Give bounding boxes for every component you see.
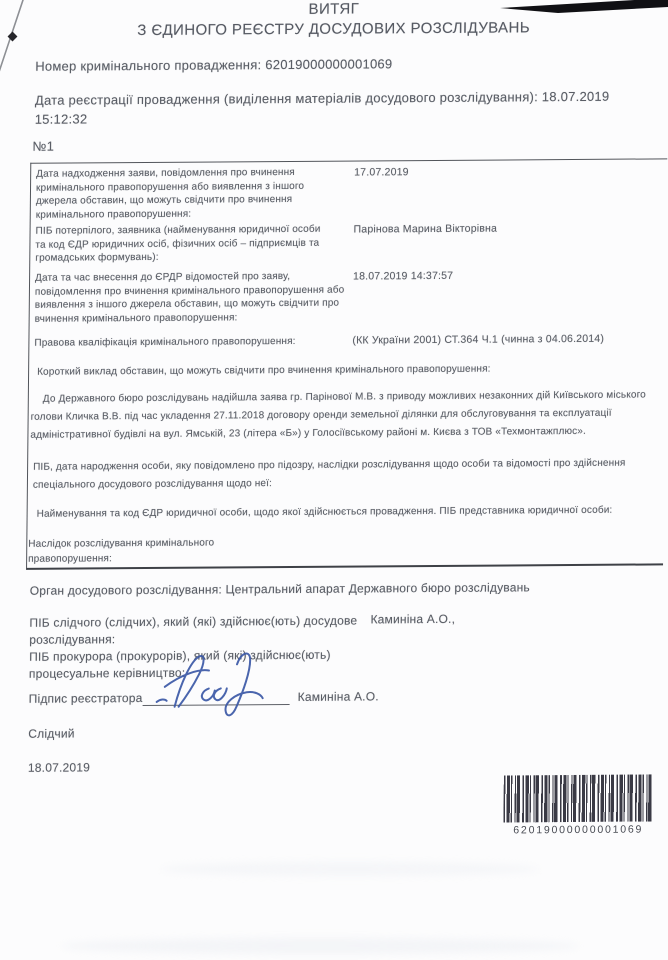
outcome-label: Наслідок розслідування кримінального пра…: [28, 535, 246, 567]
registrar-signature-label: Підпис реєстратора: [29, 691, 143, 706]
registrar-name: Каминіна А.О.: [298, 689, 379, 704]
row-value-received-date: 17.07.2019: [354, 166, 409, 178]
legal-entity-label: Найменування та код ЄДР юридичної особи,…: [37, 504, 662, 519]
authority-line: Орган досудового розслідування: Централь…: [30, 580, 530, 597]
investigator-name: Каминіна А.О.,: [370, 612, 455, 627]
barcode-number: 62019000000001069: [503, 823, 653, 836]
registrar-signature-ink: [150, 648, 301, 717]
erdr-table: Дата надходження заяви, повідомлення про…: [26, 158, 667, 569]
summary-heading: Короткий виклад обставин, що можуть свід…: [37, 362, 657, 377]
scan-smudge: [160, 862, 540, 876]
case-number-line: Номер кримінального провадження: 6201900…: [35, 56, 392, 73]
document-date: 18.07.2019: [28, 760, 90, 774]
scanned-document-page: ВИТЯГ З ЄДИНОГО РЕЄСТРУ ДОСУДОВИХ РОЗСЛІ…: [0, 0, 668, 960]
document-subtitle: З ЄДИНОГО РЕЄСТРУ ДОСУДОВИХ РОЗСЛІДУВАНЬ: [0, 18, 668, 40]
investigator-label: ПІБ слідчого (слідчих), який (які) здійс…: [29, 612, 381, 648]
document-body: ВИТЯГ З ЄДИНОГО РЕЄСТРУ ДОСУДОВИХ РОЗСЛІ…: [0, 0, 668, 960]
row-value-qualification: (КК України 2001) СТ.364 Ч.1 (чинна з 04…: [352, 333, 604, 347]
row-value-erdr-entry: 18.07.2019 14:37:57: [353, 270, 453, 283]
row-label-erdr-entry: Дата та час внесення до ЄРДР відомостей …: [35, 270, 348, 326]
row-label-received-date: Дата надходження заяви, повідомлення про…: [36, 166, 333, 222]
row-value-applicant: Парінова Марина Вікторівна: [354, 223, 498, 236]
barcode: [503, 774, 653, 822]
document-title: ВИТЯГ: [0, 0, 668, 20]
record-number: №1: [32, 139, 54, 154]
row-label-applicant: ПІБ потерпілого, заявника (найменування …: [35, 223, 327, 266]
suspect-label: ПІБ, дата народження особи, яку повідомл…: [33, 454, 645, 494]
scan-smudge-bottom: [60, 938, 580, 954]
summary-text: До Державного бюро розслідувань надійшла…: [30, 386, 653, 444]
investigator-role: Слідчий: [28, 726, 75, 740]
registration-date-line: Дата реєстрації провадження (виділення м…: [35, 87, 613, 129]
row-label-qualification: Правова кваліфікація кримінального право…: [34, 335, 346, 351]
